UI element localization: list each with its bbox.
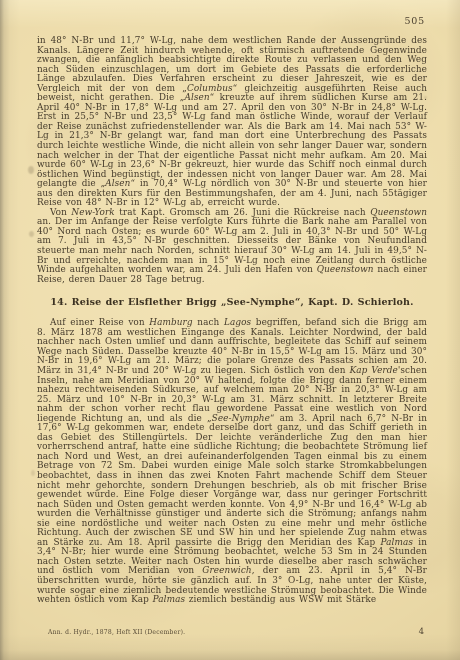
scanned-journal-page: 505 in 48° N-Br und 11,7° W-Lg, nahe dem… — [0, 0, 460, 660]
paragraph-return-voyage: Von New-York trat Kapt. Gromsch am 26. J… — [37, 209, 427, 285]
page-number: 505 — [404, 16, 425, 27]
sheet-signature-number: 4 — [419, 627, 424, 637]
ink-speck — [31, 470, 35, 476]
page-footer: Ann. d. Hydr., 1878, Heft XII (December)… — [48, 627, 424, 637]
ink-speck — [28, 166, 34, 174]
section-heading: 14. Reise der Elsflether Brigg „See-Nymp… — [41, 297, 423, 308]
paragraph-see-nymphe-voyage: Auf einer Reise von Hamburg nach Lagos b… — [37, 319, 427, 605]
journal-imprint: Ann. d. Hydr., 1878, Heft XII (December)… — [48, 629, 185, 636]
paragraph-alsen-voyage: in 48° N-Br und 11,7° W-Lg, nahe dem wes… — [37, 37, 427, 209]
page-body: in 48° N-Br und 11,7° W-Lg, nahe dem wes… — [37, 37, 427, 606]
ink-speck — [29, 231, 34, 237]
